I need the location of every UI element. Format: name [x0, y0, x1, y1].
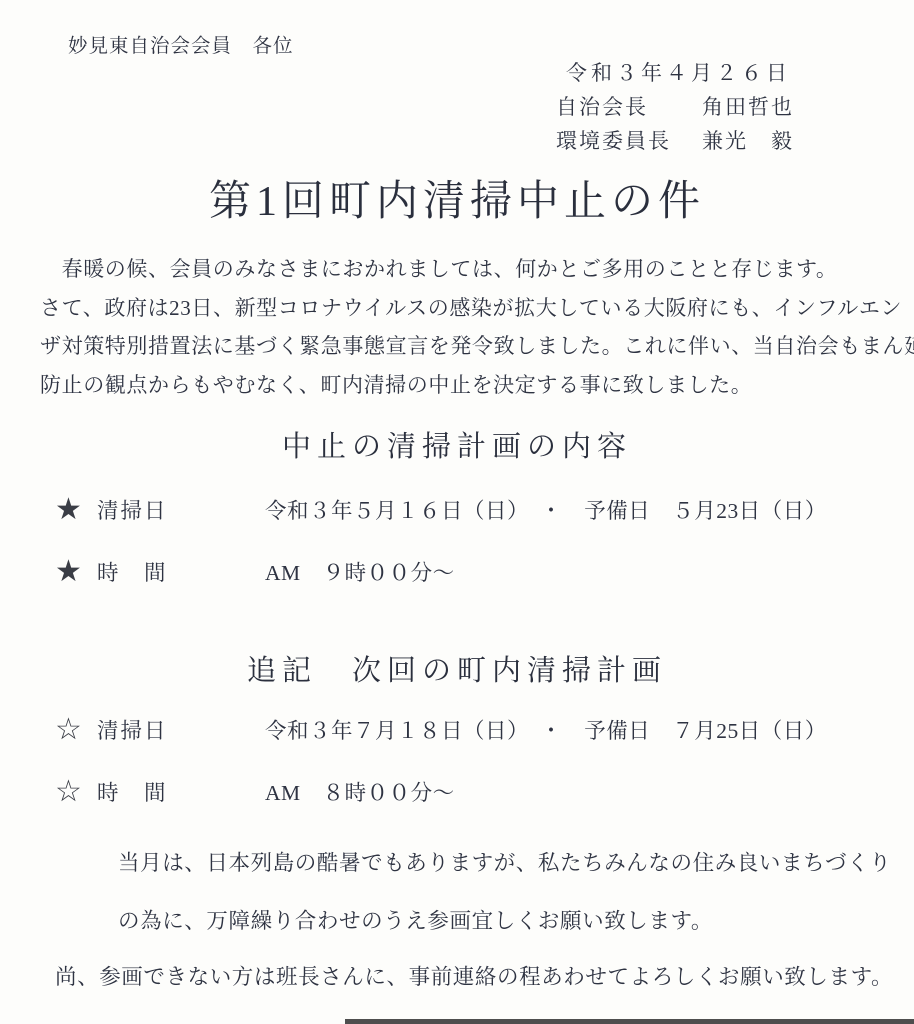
schedule-value: AM ９時００分～: [265, 556, 455, 587]
filled-star-icon: ★: [55, 557, 97, 587]
recipient-line: 妙見東自治会会員 各位: [68, 30, 294, 58]
closing-line: 尚、参画できない方は班長さんに、事前連絡の程あわせてよろしくお願い致します。: [55, 960, 893, 991]
closing-line: の為に、万障繰り合わせのうえ参画宜しくお願い致します。: [118, 904, 713, 935]
schedule-value: 令和３年７月１８日（日） ・ 予備日 ７月25日（日）: [265, 714, 827, 745]
signer-name: 角田哲也: [702, 90, 794, 124]
schedule-row-time: ★ 時 間 AM ９時００分～: [55, 556, 455, 587]
open-star-icon: ☆: [55, 777, 97, 807]
schedule-row-cleaning-date: ★ 清掃日 令和３年５月１６日（日） ・ 予備日 ５月23日（日）: [55, 494, 827, 525]
schedule-label: 時 間: [97, 776, 265, 807]
signer-role: 自治会長: [556, 90, 702, 124]
body-line: さて、政府は23日、新型コロナウイルスの感染が拡大している大阪府にも、インフルエ…: [40, 289, 890, 328]
schedule-label: 清掃日: [97, 714, 265, 745]
issue-date: 令和３年４月２６日: [556, 56, 794, 90]
closing-line: 当月は、日本列島の酷暑でもありますが、私たちみんなの住み良いまちづくり: [118, 846, 891, 877]
body-line: 防止の観点からもやむなく、町内清掃の中止を決定する事に致しました。: [40, 366, 890, 405]
schedule-row-time: ☆ 時 間 AM ８時００分～: [55, 776, 455, 807]
signer-name: 兼光 毅: [702, 124, 794, 158]
signer-role: 環境委員長: [556, 124, 702, 158]
scan-edge-artifact: [345, 1019, 914, 1024]
signer-row: 自治会長 角田哲也: [556, 90, 794, 124]
schedule-value: AM ８時００分～: [265, 776, 455, 807]
schedule-value: 令和３年５月１６日（日） ・ 予備日 ５月23日（日）: [265, 494, 827, 525]
body-line: 春暖の候、会員のみなさまにおかれましては、何かとご多用のことと存じます。: [40, 250, 890, 289]
section1-heading: 中止の清掃計画の内容: [0, 424, 914, 465]
meta-block: 令和３年４月２６日 自治会長 角田哲也 環境委員長 兼光 毅: [556, 56, 794, 158]
schedule-row-cleaning-date: ☆ 清掃日 令和３年７月１８日（日） ・ 予備日 ７月25日（日）: [55, 714, 827, 745]
filled-star-icon: ★: [55, 495, 97, 525]
body-line: ザ対策特別措置法に基づく緊急事態宣言を発令致しました。これに伴い、当自治会もまん…: [40, 327, 890, 366]
open-star-icon: ☆: [55, 715, 97, 745]
body-paragraph: 春暖の候、会員のみなさまにおかれましては、何かとご多用のことと存じます。 さて、…: [40, 250, 890, 404]
scanned-notice-page: 妙見東自治会会員 各位 令和３年４月２６日 自治会長 角田哲也 環境委員長 兼光…: [0, 0, 914, 1024]
signer-row: 環境委員長 兼光 毅: [556, 124, 794, 158]
section2-heading: 追記 次回の町内清掃計画: [0, 648, 914, 689]
schedule-label: 時 間: [97, 556, 265, 587]
schedule-label: 清掃日: [97, 494, 265, 525]
document-title: 第1回町内清掃中止の件: [0, 168, 914, 228]
